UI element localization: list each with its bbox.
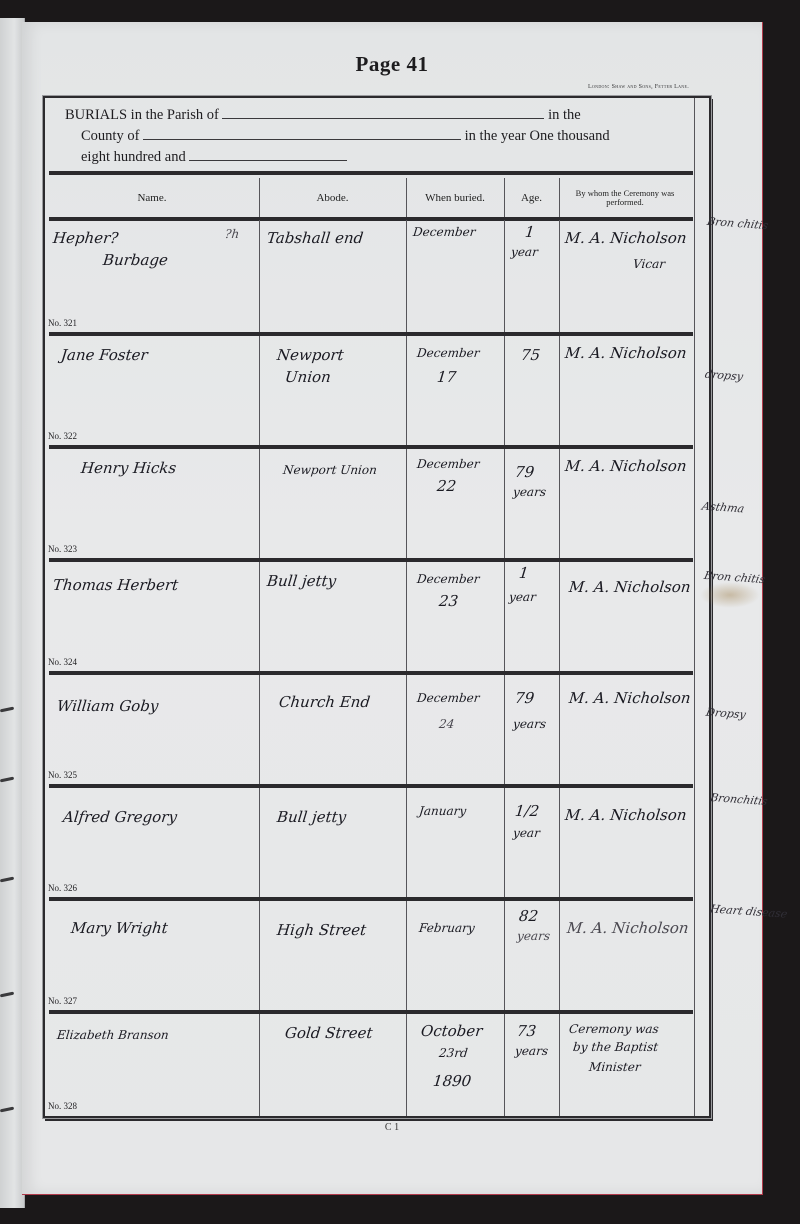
entry-officiant: M. A. Nicholson: [564, 458, 687, 475]
entry-number: No. 321: [48, 318, 77, 328]
entry-abode: Newport Union: [282, 464, 377, 478]
burial-entry: Thomas Herbert Bull jetty December 23 1 …: [45, 559, 709, 672]
entry-when-buried: December: [416, 692, 480, 706]
entry-name: Jane Foster: [60, 347, 148, 364]
entry-officiant: M. A. Nicholson: [566, 920, 689, 937]
register-page: Page 41 London: Shaw and Sons, Fetter La…: [22, 22, 763, 1195]
entry-name: Hepher?: [52, 230, 119, 247]
year-blank: [189, 148, 347, 161]
entry-age: 1: [524, 224, 535, 241]
column-divider: [259, 672, 260, 785]
page-title: Page 41: [22, 52, 762, 77]
entry-abode-line2: Union: [284, 369, 332, 386]
entry-name-line2: Burbage: [102, 252, 169, 269]
prev-page-mark: [0, 992, 14, 998]
entry-abode: Gold Street: [284, 1025, 373, 1042]
entry-number: No. 326: [48, 883, 77, 893]
column-divider: [259, 220, 260, 333]
column-divider: [559, 559, 560, 672]
entry-when-buried-day: 22: [436, 478, 457, 495]
entry-age: 79: [514, 690, 535, 707]
year-label: eight hundred and: [81, 149, 186, 165]
entry-officiant: Ceremony was: [568, 1023, 659, 1037]
margin-note-321: Bron chitis: [706, 216, 769, 232]
entry-number: No. 325: [48, 770, 77, 780]
column-divider: [559, 672, 560, 785]
burial-entry: William Goby Church End December 24 79 y…: [45, 672, 709, 785]
burial-register-table: BURIALS in the Parish of in the County o…: [43, 96, 711, 1118]
entry-number: No. 322: [48, 431, 77, 441]
column-divider: [559, 220, 560, 333]
burial-entry: Henry Hicks Newport Union December 22 79…: [45, 446, 709, 559]
column-divider: [504, 446, 505, 559]
entry-when-buried-day: 23: [438, 593, 459, 610]
entry-abode: Bull jetty: [276, 809, 347, 826]
column-divider: [504, 333, 505, 446]
county-label: County of: [81, 128, 139, 144]
entry-when-buried-year: 1890: [432, 1073, 472, 1090]
column-divider: [559, 785, 560, 898]
heading-line-county: County of in the year One thousand: [81, 127, 610, 145]
prev-page-mark: [0, 877, 14, 883]
column-divider: [259, 785, 260, 898]
entry-divider: [49, 897, 693, 901]
column-divider: [406, 672, 407, 785]
entry-officiant: M. A. Nicholson: [568, 690, 691, 707]
column-divider: [259, 1011, 260, 1116]
publisher-imprint: London: Shaw and Sons, Fetter Lane.: [588, 84, 689, 90]
column-divider: [504, 1011, 505, 1116]
entry-officiant: M. A. Nicholson: [564, 345, 687, 362]
column-divider: [259, 333, 260, 446]
burial-entry: Mary Wright High Street February 82 year…: [45, 898, 709, 1011]
margin-note-326: Bronchitis: [709, 792, 769, 808]
column-divider: [406, 220, 407, 333]
signature-mark: C 1: [22, 1122, 762, 1133]
column-divider: [504, 559, 505, 672]
entry-age-unit: years: [514, 1045, 548, 1059]
county-blank: [143, 127, 461, 140]
column-divider: [559, 1011, 560, 1116]
entries-list: Hepher? Burbage ?h Tabshall end December…: [45, 220, 709, 1116]
column-divider: [406, 898, 407, 1011]
prev-page-mark: [0, 777, 14, 783]
entry-age-unit: years: [516, 930, 550, 944]
column-divider: [559, 333, 560, 446]
entry-age: 82: [518, 908, 539, 925]
entry-number: No. 323: [48, 544, 77, 554]
entry-name: Thomas Herbert: [52, 577, 179, 594]
column-divider: [504, 785, 505, 898]
entry-age-unit: years: [512, 718, 546, 732]
entry-age-unit: year: [512, 827, 540, 841]
entry-abode: Tabshall end: [266, 230, 364, 247]
entry-when-buried: December: [416, 347, 480, 361]
entry-age: 1/2: [514, 803, 540, 820]
entry-age: 75: [520, 347, 541, 364]
parish-suffix: in the: [548, 107, 581, 123]
burial-entry: Alfred Gregory Bull jetty January 1/2 ye…: [45, 785, 709, 898]
entry-officiant: M. A. Nicholson: [564, 807, 687, 824]
column-header-when-buried: When buried.: [406, 178, 504, 218]
margin-note-322: dropsy: [704, 369, 744, 384]
entry-divider: [49, 332, 693, 336]
heading-line-year: eight hundred and: [81, 148, 347, 166]
entry-name-note: ?h: [224, 228, 240, 242]
entry-divider: [49, 671, 693, 675]
heading-line-parish: BURIALS in the Parish of in the: [65, 106, 581, 124]
entry-abode: High Street: [276, 922, 367, 939]
entry-name: William Goby: [56, 698, 159, 715]
entry-age-unit: year: [510, 246, 538, 260]
column-divider: [504, 672, 505, 785]
column-divider: [559, 898, 560, 1011]
entry-name: Alfred Gregory: [62, 809, 178, 826]
register-heading: BURIALS in the Parish of in the County o…: [45, 98, 709, 172]
entry-age: 79: [514, 464, 535, 481]
parish-blank: [222, 106, 544, 119]
column-header-name: Name.: [45, 178, 259, 218]
prev-page-mark: [0, 1107, 14, 1113]
county-suffix: in the year One thousand: [465, 128, 610, 144]
burial-entry: Jane Foster Newport Union December 17 75…: [45, 333, 709, 446]
entry-name: Elizabeth Branson: [56, 1029, 169, 1043]
entry-when-buried-day: 24: [438, 718, 455, 732]
entry-officiant-title: Vicar: [632, 258, 665, 272]
heading-rule: [49, 171, 693, 175]
entry-officiant: M. A. Nicholson: [564, 230, 687, 247]
entry-when-buried: December: [416, 458, 480, 472]
column-divider: [259, 898, 260, 1011]
entry-divider: [49, 558, 693, 562]
entry-officiant-line2: by the Baptist: [572, 1041, 658, 1055]
column-divider: [406, 446, 407, 559]
column-header-row: Name. Abode. When buried. Age. By whom t…: [45, 178, 709, 218]
column-divider: [559, 446, 560, 559]
entry-abode: Church End: [278, 694, 371, 711]
column-divider: [406, 559, 407, 672]
column-divider: [559, 178, 560, 218]
column-divider: [504, 220, 505, 333]
column-header-age: Age.: [504, 178, 559, 218]
entry-when-buried: February: [418, 922, 475, 936]
column-divider: [259, 446, 260, 559]
entry-officiant-line3: Minister: [588, 1061, 641, 1075]
entry-age-unit: years: [512, 486, 546, 500]
column-divider: [406, 1011, 407, 1116]
column-divider: [504, 898, 505, 1011]
burial-entry: Elizabeth Branson Gold Street October 23…: [45, 1011, 709, 1116]
entry-when-buried: January: [418, 805, 467, 819]
entry-abode: Newport: [276, 347, 345, 364]
parish-label: BURIALS in the Parish of: [65, 107, 219, 123]
column-header-officiant: By whom the Ceremony was performed.: [563, 178, 687, 218]
entry-when-buried-day: 23rd: [438, 1047, 468, 1061]
margin-note-327: Heart disease: [709, 903, 789, 920]
burial-entry: Hepher? Burbage ?h Tabshall end December…: [45, 220, 709, 333]
column-divider: [259, 559, 260, 672]
entry-number: No. 324: [48, 657, 77, 667]
entry-age: 1: [518, 565, 529, 582]
margin-note-325: Dropsy: [705, 707, 747, 722]
column-header-abode: Abode.: [259, 178, 406, 218]
entry-when-buried: October: [420, 1023, 483, 1040]
entry-age-unit: year: [508, 591, 536, 605]
entry-abode: Bull jetty: [266, 573, 337, 590]
column-divider: [406, 333, 407, 446]
entry-number: No. 328: [48, 1101, 77, 1111]
entry-divider: [49, 784, 693, 788]
entry-officiant: M. A. Nicholson: [568, 579, 691, 596]
entry-divider: [49, 1010, 693, 1014]
entry-divider: [49, 445, 693, 449]
ink-stain: [700, 582, 760, 608]
entry-when-buried: December: [416, 573, 480, 587]
entry-age: 73: [516, 1023, 537, 1040]
column-divider: [406, 785, 407, 898]
entry-number: No. 327: [48, 996, 77, 1006]
entry-name: Henry Hicks: [80, 460, 177, 477]
entry-when-buried: December: [412, 226, 476, 240]
entry-name: Mary Wright: [70, 920, 169, 937]
prev-page-mark: [0, 707, 14, 713]
entry-when-buried-day: 17: [436, 369, 457, 386]
